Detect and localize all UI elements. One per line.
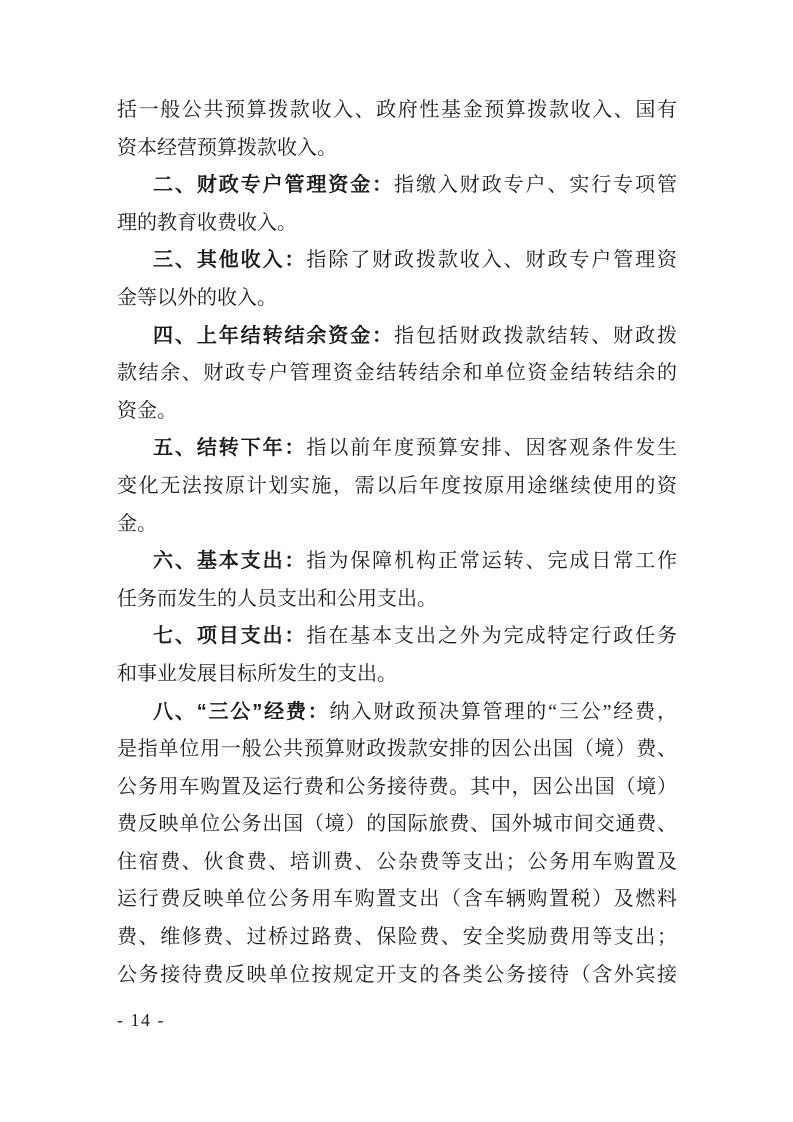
text-line: 六、基本支出：指为保障机构正常运转、完成日常工作 [117,543,677,581]
body-text: 变化无法按原计划实施，需以后年度按原用途继续使用的资 [117,475,677,497]
text-line: 金等以外的收入。 [117,280,677,318]
text-line: 理的教育收费收入。 [117,205,677,243]
text-line: 资金。 [117,393,677,431]
body-text: 指在基本支出之外为完成特定行政任务 [306,625,677,647]
document-page: 括一般公共预算拨款收入、政府性基金预算拨款收入、国有 资本经营预算拨款收入。 二… [0,0,793,1122]
text-line: 费反映单位公务出国（境）的国际旅费、国外城市间交通费、 [117,806,677,844]
body-text: 指以前年度预算安排、因客观条件发生 [306,437,677,459]
body-text: 运行费反映单位公务用车购置支出（含车辆购置税）及燃料 [117,888,677,910]
document-body: 括一般公共预算拨款收入、政府性基金预算拨款收入、国有 资本经营预算拨款收入。 二… [117,92,677,994]
body-text: 纳入财政预决算管理的“三公”经费， [330,701,677,723]
body-text: 资本经营预算拨款收入。 [117,137,337,159]
text-line: 任务而发生的人员支出和公用支出。 [117,581,677,619]
page-number: - 14 - [117,1010,165,1031]
text-line: 金。 [117,506,677,544]
term-heading: 五、结转下年： [153,437,306,459]
term-heading: 七、项目支出： [153,625,306,647]
body-text: 括一般公共预算拨款收入、政府性基金预算拨款收入、国有 [117,99,677,121]
body-text: 金。 [117,513,157,535]
body-text: 金等以外的收入。 [117,287,277,309]
text-line: 五、结转下年：指以前年度预算安排、因客观条件发生 [117,430,677,468]
body-text: 指除了财政拨款收入、财政专户管理资 [306,249,677,271]
text-line: 公务用车购置及运行费和公务接待费。其中，因公出国（境） [117,769,677,807]
body-text: 指缴入财政专户、实行专项管 [394,174,677,196]
term-heading: 八、“三公”经费： [153,701,330,723]
body-text: 理的教育收费收入。 [117,212,297,234]
paragraph-item-7: 七、项目支出：指在基本支出之外为完成特定行政任务 和事业发展目标所发生的支出。 [117,618,677,693]
paragraph-item-6: 六、基本支出：指为保障机构正常运转、完成日常工作 任务而发生的人员支出和公用支出… [117,543,677,618]
body-text: 费、维修费、过桥过路费、保险费、安全奖励费用等支出； [117,926,677,948]
text-line: 二、财政专户管理资金：指缴入财政专户、实行专项管 [117,167,677,205]
body-text: 任务而发生的人员支出和公用支出。 [117,588,437,610]
paragraph-item-8: 八、“三公”经费：纳入财政预决算管理的“三公”经费， 是指单位用一般公共预算财政… [117,694,677,995]
text-line: 括一般公共预算拨款收入、政府性基金预算拨款收入、国有 [117,92,677,130]
body-text: 公务用车购置及运行费和公务接待费。其中，因公出国（境） [117,776,677,798]
text-line: 七、项目支出：指在基本支出之外为完成特定行政任务 [117,618,677,656]
text-line: 四、上年结转结余资金：指包括财政拨款结转、财政拨 [117,318,677,356]
text-line: 是指单位用一般公共预算财政拨款安排的因公出国（境）费、 [117,731,677,769]
text-line: 和事业发展目标所发生的支出。 [117,656,677,694]
text-line: 费、维修费、过桥过路费、保险费、安全奖励费用等支出； [117,919,677,957]
body-text: 指为保障机构正常运转、完成日常工作 [306,550,677,572]
body-text: 资金。 [117,400,177,422]
body-text: 款结余、财政专户管理资金结转结余和单位资金结转结余的 [117,362,677,384]
paragraph-item-2: 二、财政专户管理资金：指缴入财政专户、实行专项管 理的教育收费收入。 [117,167,677,242]
paragraph-item-4: 四、上年结转结余资金：指包括财政拨款结转、财政拨 款结余、财政专户管理资金结转结… [117,318,677,431]
text-line: 款结余、财政专户管理资金结转结余和单位资金结转结余的 [117,355,677,393]
text-line: 公务接待费反映单位按规定开支的各类公务接待（含外宾接 [117,957,677,995]
text-line: 住宿费、伙食费、培训费、公杂费等支出；公务用车购置及 [117,844,677,882]
body-text: 指包括财政拨款结转、财政拨 [394,325,677,347]
text-line: 资本经营预算拨款收入。 [117,130,677,168]
body-text: 费反映单位公务出国（境）的国际旅费、国外城市间交通费、 [117,813,677,835]
term-heading: 四、上年结转结余资金： [153,325,394,347]
body-text: 和事业发展目标所发生的支出。 [117,663,397,685]
paragraph-item-5: 五、结转下年：指以前年度预算安排、因客观条件发生 变化无法按原计划实施，需以后年… [117,430,677,543]
term-heading: 六、基本支出： [153,550,306,572]
body-text: 公务接待费反映单位按规定开支的各类公务接待（含外宾接 [117,964,677,986]
text-line: 八、“三公”经费：纳入财政预决算管理的“三公”经费， [117,694,677,732]
text-line: 三、其他收入：指除了财政拨款收入、财政专户管理资 [117,242,677,280]
body-text: 是指单位用一般公共预算财政拨款安排的因公出国（境）费、 [117,738,677,760]
paragraph-continued: 括一般公共预算拨款收入、政府性基金预算拨款收入、国有 资本经营预算拨款收入。 [117,92,677,167]
term-heading: 二、财政专户管理资金： [153,174,394,196]
term-heading: 三、其他收入： [153,249,306,271]
text-line: 运行费反映单位公务用车购置支出（含车辆购置税）及燃料 [117,881,677,919]
body-text: 住宿费、伙食费、培训费、公杂费等支出；公务用车购置及 [117,851,677,873]
text-line: 变化无法按原计划实施，需以后年度按原用途继续使用的资 [117,468,677,506]
paragraph-item-3: 三、其他收入：指除了财政拨款收入、财政专户管理资 金等以外的收入。 [117,242,677,317]
